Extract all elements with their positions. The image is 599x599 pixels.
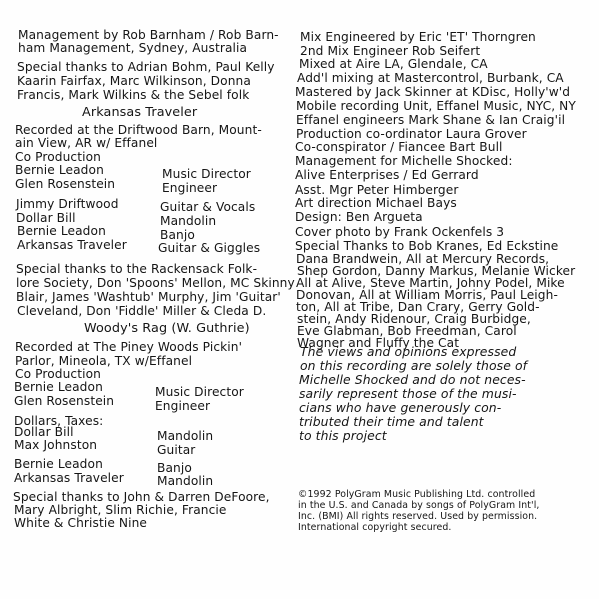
copyright-line: Inc. (BMI) All rights reserved. Used by …	[298, 511, 537, 522]
credit-line: Mobile recording Unit, Effanel Music, NY…	[296, 99, 576, 113]
credit-name: Arkansas Traveler	[14, 471, 124, 485]
credit-line: Production co-ordinator Laura Grover	[296, 127, 527, 141]
credit-line: Mixed at Aire LA, Glendale, CA	[299, 57, 488, 71]
credit-role: Guitar & Vocals	[160, 200, 255, 214]
credit-role: Guitar	[157, 443, 195, 457]
credit-line: 2nd Mix Engineer Rob Seifert	[300, 44, 480, 58]
management-line: Management by Rob Barnham / Rob Barn-	[18, 28, 279, 42]
credit-role: Banjo	[157, 461, 192, 475]
credit-line: Mastered by Jack Skinner at KDisc, Holly…	[295, 85, 570, 99]
thanks-line: Special Thanks to Bob Kranes, Ed Eckstin…	[295, 239, 558, 253]
credit-line: Effanel engineers Mark Shane & Ian Craig…	[296, 113, 565, 127]
thanks-line: Special thanks to Adrian Bohm, Paul Kell…	[17, 60, 275, 74]
disclaimer-line: tributed their time and talent	[299, 415, 484, 429]
credit-name: Dollar Bill	[16, 211, 76, 225]
copyright-line: in the U.S. and Canada by songs of PolyG…	[298, 500, 540, 511]
disclaimer-line: on this recording are solely those of	[300, 359, 527, 373]
credit-name: Bernie Leadon	[15, 163, 104, 177]
credit-line: Alive Enterprises / Ed Gerrard	[295, 168, 479, 182]
credit-name: Max Johnston	[14, 438, 97, 452]
credit-name: Bernie Leadon	[14, 457, 103, 471]
credit-line: Cover photo by Frank Ockenfels 3	[295, 225, 504, 239]
credit-role: Music Director	[162, 167, 251, 181]
liner-notes-page: Management by Rob Barnham / Rob Barn- ha…	[0, 0, 599, 599]
credit-role: Engineer	[162, 181, 217, 195]
credit-name: Jimmy Driftwood	[16, 197, 119, 211]
credit-line: Mix Engineered by Eric 'ET' Thorngren	[300, 30, 536, 44]
credit-line: Co-conspirator / Fiancee Bart Bull	[295, 140, 503, 154]
credit-role: Mandolin	[160, 214, 216, 228]
credit-name: Arkansas Traveler	[17, 238, 127, 252]
credit-role: Guitar & Giggles	[158, 241, 260, 255]
thanks-line: Special thanks to the Rackensack Folk-	[16, 262, 257, 276]
recorded-line: Parlor, Mineola, TX w/Effanel	[15, 354, 192, 368]
track-title: Woody's Rag (W. Guthrie)	[84, 322, 250, 336]
disclaimer-line: Michelle Shocked and do not neces-	[299, 373, 526, 387]
track-title: Arkansas Traveler	[82, 106, 197, 120]
thanks-line: lore Society, Don 'Spoons' Mellon, MC Sk…	[16, 276, 295, 290]
thanks-line: Mary Albright, Slim Richie, Francie	[14, 503, 227, 517]
credit-name: Dollar Bill	[14, 425, 74, 439]
credit-role: Music Director	[155, 385, 244, 399]
credit-name: Bernie Leadon	[14, 380, 103, 394]
disclaimer-line: sarily represent those of the musi-	[299, 387, 517, 401]
thanks-line: Cleveland, Don 'Fiddle' Miller & Cleda D…	[17, 304, 266, 318]
credit-role: Mandolin	[157, 474, 213, 488]
credit-role: Mandolin	[157, 429, 213, 443]
recorded-line: Co Production	[15, 367, 101, 381]
credit-role: Banjo	[160, 228, 195, 242]
thanks-line: Special thanks to John & Darren DeFoore,	[13, 490, 270, 504]
credit-line: Add'l mixing at Mastercontrol, Burbank, …	[297, 71, 564, 85]
recorded-line: Co Production	[15, 150, 101, 164]
thanks-line: Kaarin Fairfax, Marc Wilkinson, Donna	[17, 74, 251, 88]
disclaimer-line: to this project	[299, 429, 387, 443]
credit-name: Glen Rosenstein	[14, 394, 114, 408]
copyright-line: International copyright secured.	[298, 522, 452, 533]
credit-line: Asst. Mgr Peter Himberger	[295, 183, 458, 197]
credit-line: Art direction Michael Bays	[295, 196, 457, 210]
disclaimer-line: The views and opinions expressed	[300, 345, 516, 359]
thanks-line: White & Christie Nine	[14, 516, 147, 530]
recorded-line: ain View, AR w/ Effanel	[15, 136, 157, 150]
credit-line: Design: Ben Argueta	[295, 210, 423, 224]
credit-line: Management for Michelle Shocked:	[295, 154, 513, 168]
copyright-line: ©1992 PolyGram Music Publishing Ltd. con…	[298, 489, 535, 500]
credit-name: Glen Rosenstein	[15, 177, 115, 191]
recorded-line: Recorded at The Piney Woods Pickin'	[15, 340, 242, 354]
thanks-line: Francis, Mark Wilkins & the Sebel folk	[17, 88, 249, 102]
recorded-line: Recorded at the Driftwood Barn, Mount-	[15, 123, 262, 137]
thanks-line: Blair, James 'Washtub' Murphy, Jim 'Guit…	[16, 290, 281, 304]
management-line: ham Management, Sydney, Australia	[18, 41, 247, 55]
credit-name: Bernie Leadon	[17, 224, 106, 238]
disclaimer-line: cians who have generously con-	[299, 401, 501, 415]
credit-role: Engineer	[155, 399, 210, 413]
